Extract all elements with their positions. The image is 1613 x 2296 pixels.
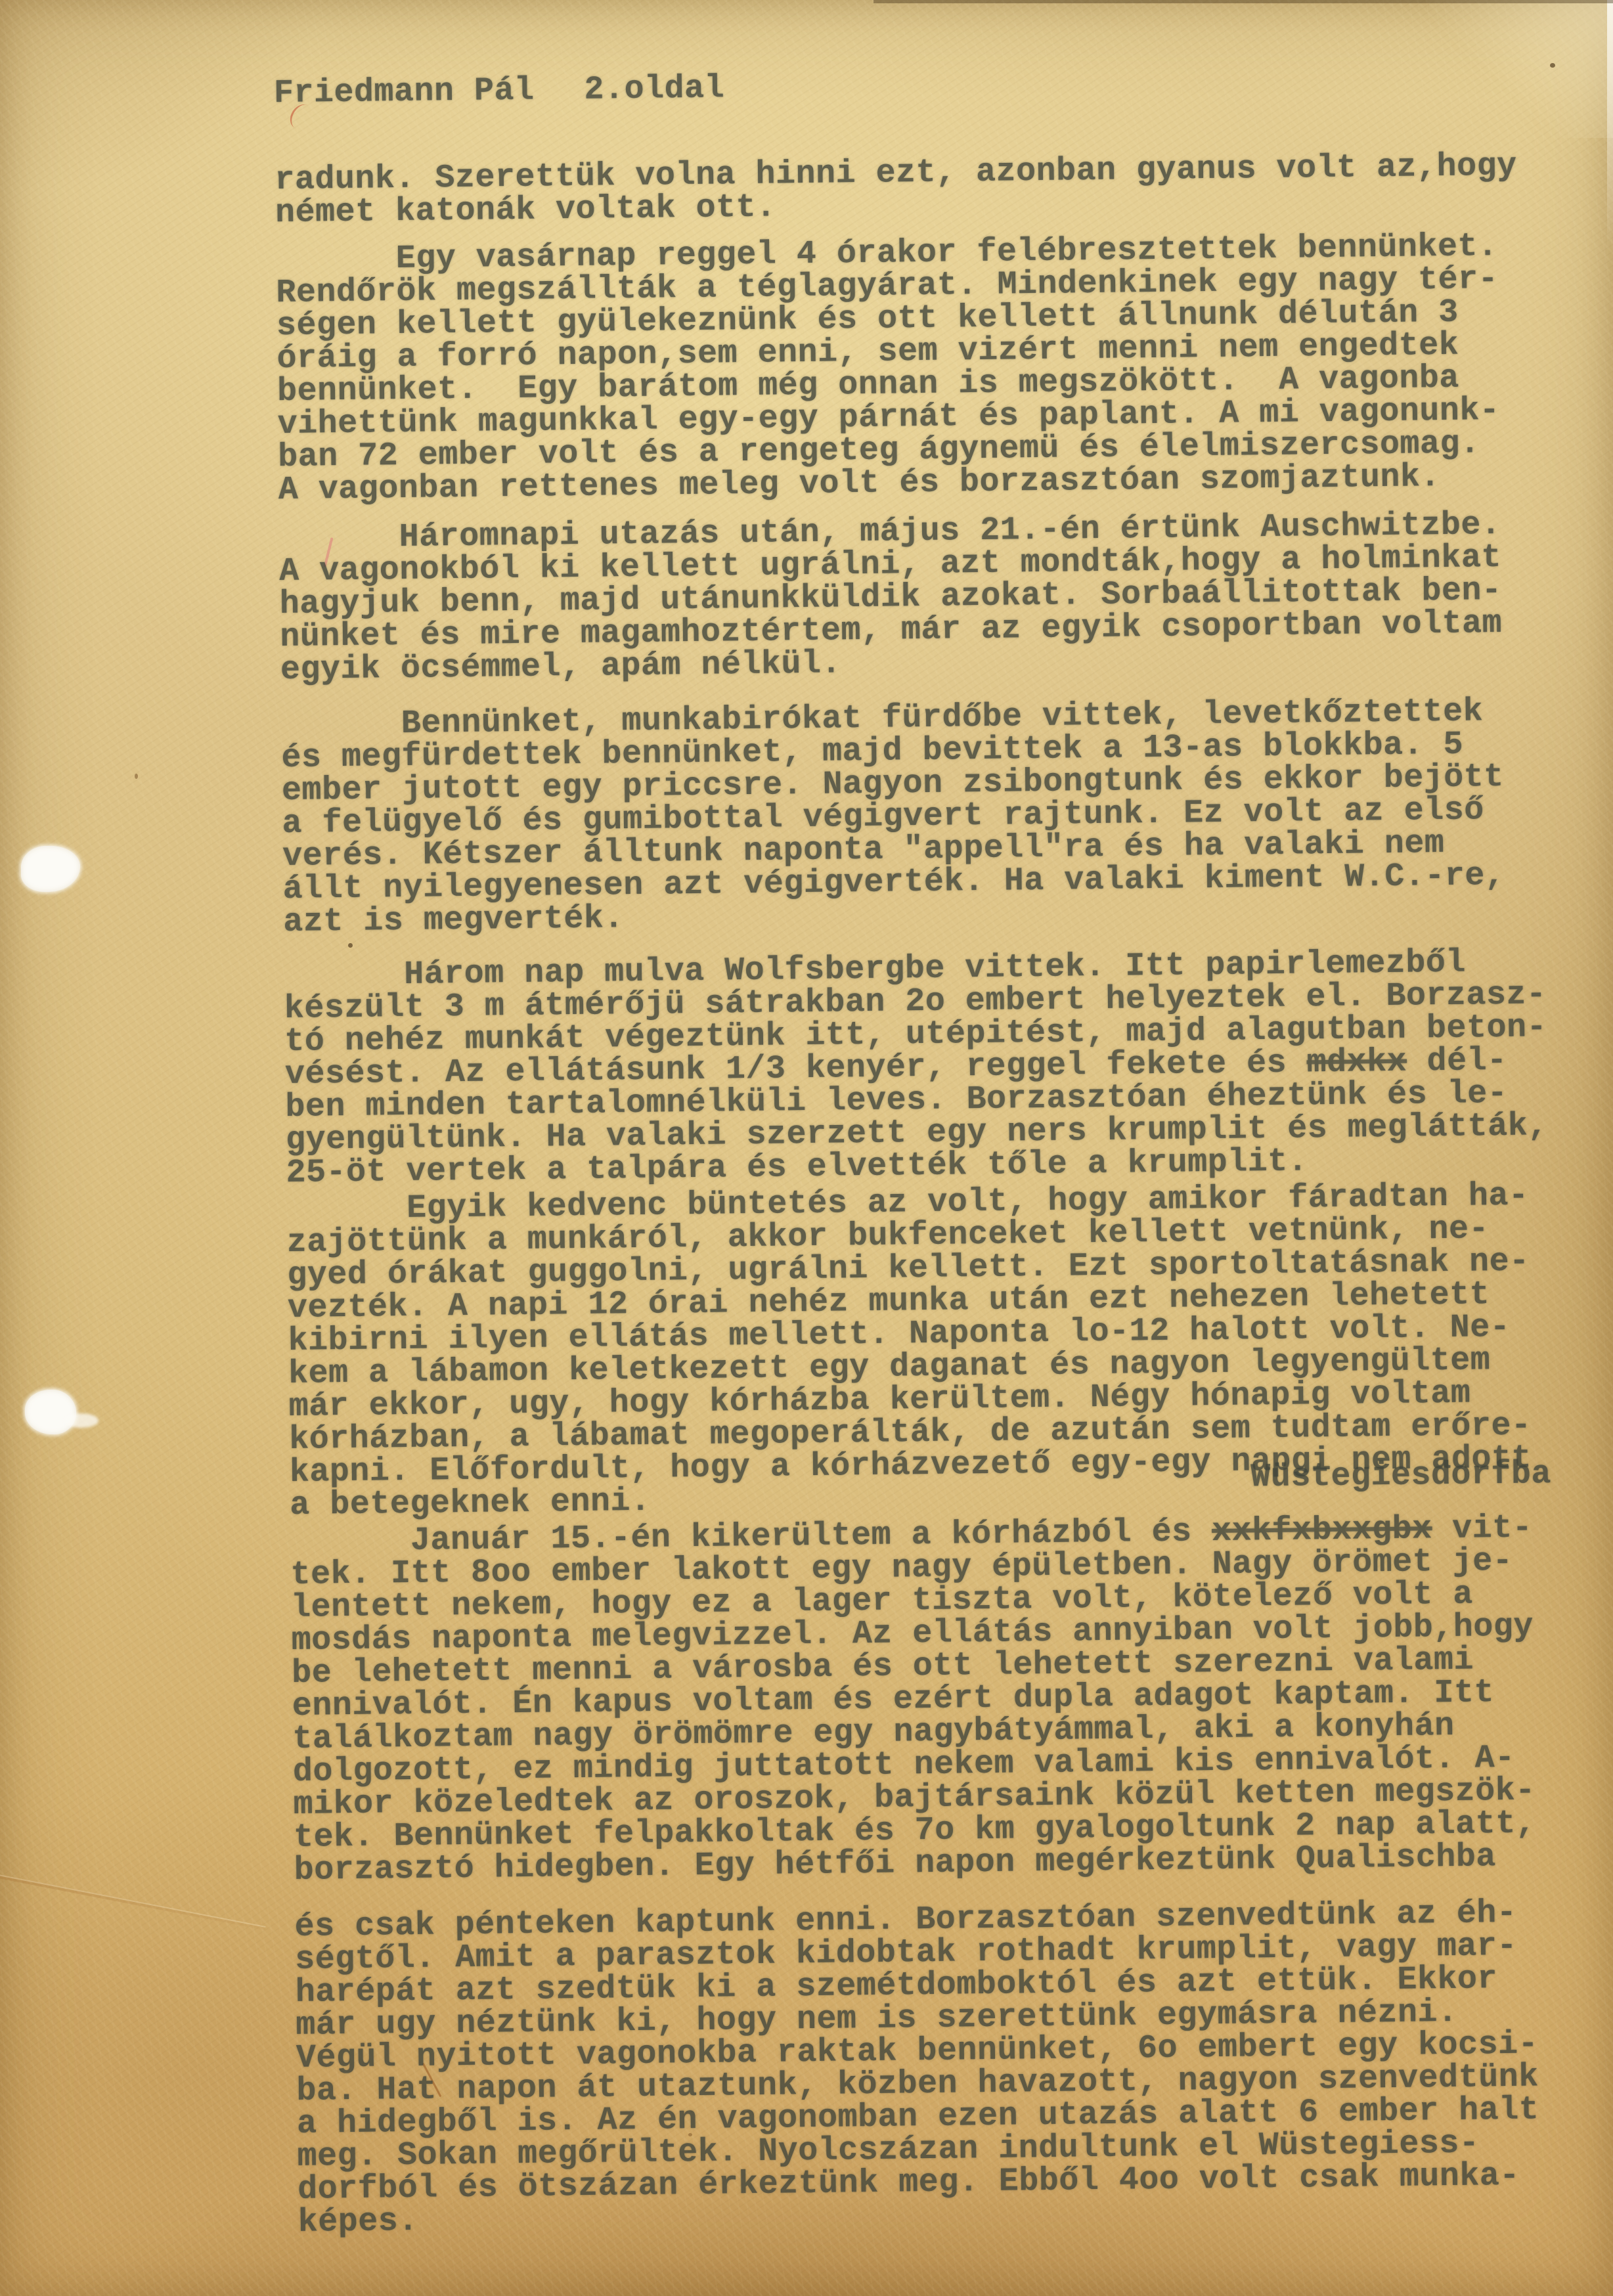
page-number-label: 2.oldal xyxy=(584,70,724,108)
scanner-edge-sliver xyxy=(1607,0,1613,250)
text-segment: a betegeknek enni. xyxy=(290,1483,651,1524)
paper-hole xyxy=(25,1390,76,1434)
paragraph: Egyik kedvenc büntetés az volt, hogy ami… xyxy=(286,1180,1561,1522)
paragraph: Bennünket, munkabirókat fürdőbe vittek, … xyxy=(281,695,1555,939)
page-header: Friedmann Pál2.oldal xyxy=(274,63,1545,110)
paper-hole xyxy=(21,846,80,892)
paragraph: Három nap mulva Wolfsbergbe vittek. Itt … xyxy=(284,946,1557,1190)
page-top-edge-shadow xyxy=(873,0,1613,3)
crease-line xyxy=(0,1872,266,1930)
paragraph: Egy vasárnap reggel 4 órakor felébreszte… xyxy=(276,230,1549,507)
ink-speck xyxy=(135,774,138,779)
ink-speck xyxy=(1550,63,1555,68)
inserted-correction: Wüstegiesdorfba xyxy=(1250,1458,1551,1494)
author-name: Friedmann Pál xyxy=(274,72,535,112)
scanned-page: Friedmann Pál2.oldal radunk. Szerettük v… xyxy=(0,0,1613,2296)
typewritten-layer: Friedmann Pál2.oldal radunk. Szerettük v… xyxy=(274,63,1569,2240)
paragraph: Háromnapi utazás után, május 21.-én értü… xyxy=(278,508,1551,687)
paragraph: Január 15.-én kikerültem a kórházból és … xyxy=(290,1512,1565,1888)
paragraph: radunk. Szerettük volna hinni ezt, azonb… xyxy=(275,150,1546,230)
paragraph: és csak pénteken kaptunk enni. Borzasztó… xyxy=(294,1897,1569,2240)
typewritten-text: radunk. Szerettük volna hinni ezt, azonb… xyxy=(275,150,1569,2240)
